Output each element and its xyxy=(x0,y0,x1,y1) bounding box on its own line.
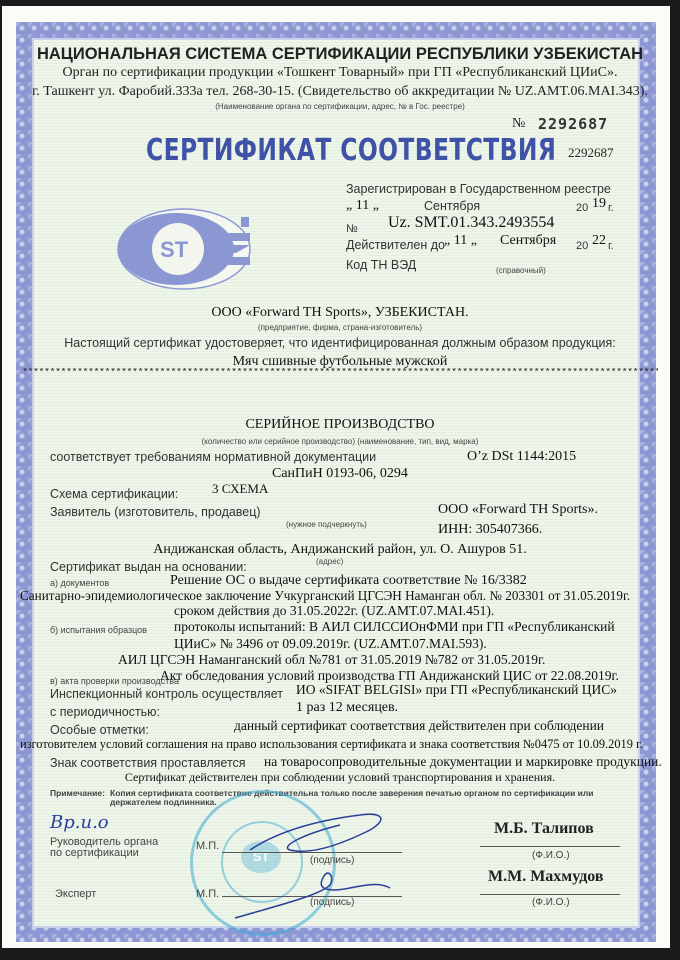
certificate-title: СЕРТИФИКАТ СООТВЕТСТВИЯ xyxy=(146,133,556,168)
registration-year: 19 xyxy=(592,196,606,212)
certification-body-name: Орган по сертификации продукции «Тошкент… xyxy=(0,65,680,81)
special-notes-line2: изготовителем условий соглашения на прав… xyxy=(20,737,643,752)
scheme-label: Схема сертификации: xyxy=(50,487,178,501)
applicant-label: Заявитель (изготовитель, продавец) xyxy=(50,505,261,519)
address-caption: (адрес) xyxy=(316,557,343,566)
applicant-name: ООО «Forward TH Sports». xyxy=(438,502,598,518)
head-signature-icon xyxy=(240,810,400,865)
head-label-line2: по сертификации xyxy=(50,847,139,859)
basis-test-protocols: протоколы испытаний: В АИЛ СИЛССИОнФМИ п… xyxy=(174,619,615,635)
valid-year: 22 xyxy=(592,233,606,249)
acting-note: Вр.и.о xyxy=(50,812,109,833)
applicant-caption: (нужное подчеркнуть) xyxy=(286,520,367,529)
registration-number: Uz. SMT.01.343.2493554 xyxy=(388,214,554,232)
valid-until-label: Действителен до xyxy=(346,238,445,252)
valid-year-prefix: 20 xyxy=(576,240,588,252)
tn-ved-label: Код ТН ВЭД xyxy=(346,258,416,272)
tn-ved-caption: (справочный) xyxy=(496,266,546,275)
valid-month: Сентября xyxy=(500,233,556,249)
valid-year-unit: г. xyxy=(608,240,614,252)
production-type: СЕРИЙНОЕ ПРОИЗВОДСТВО xyxy=(0,417,680,433)
registration-year-unit: г. xyxy=(608,202,614,214)
registration-day: „ 11 „ xyxy=(346,198,379,214)
remark-label: Примечание: xyxy=(50,788,105,798)
transport-condition: Сертификат действителен при соблюдении у… xyxy=(0,770,680,785)
certificate-number: 2292687 xyxy=(538,115,608,133)
certification-body-address: г. Ташкент ул. Фаробий.333а тел. 268-30-… xyxy=(0,84,680,100)
basis-documents-label: а) документов xyxy=(50,578,109,588)
registration-year-prefix: 20 xyxy=(576,202,588,214)
remark-line2: держателем подлинника. xyxy=(110,797,217,807)
registration-month: Сентября xyxy=(424,199,480,213)
header-caption: (Наименование органа по сертификации, ад… xyxy=(0,102,680,111)
scheme-value: 3 СХЕМА xyxy=(212,481,268,497)
periodicity-label: с периодичностью: xyxy=(50,705,160,719)
basis-inspection-label: в) акта проверки производства xyxy=(50,676,179,686)
head-mp-label: М.П. xyxy=(196,840,219,852)
expert-name: М.М. Махмудов xyxy=(488,868,604,886)
compliance-standard: O’z DSt 1144:2015 xyxy=(467,449,576,465)
expert-signature-icon xyxy=(230,860,400,930)
registration-number-label: № xyxy=(346,223,358,235)
head-name-line xyxy=(480,846,620,847)
expert-name-line xyxy=(480,894,620,895)
manufacturer-name: ООО «Forward TH Sports», УЗБЕКИСТАН. xyxy=(0,305,680,321)
registration-label: Зарегистрирован в Государственном реестр… xyxy=(346,182,611,196)
head-fio-caption: (Ф.И.О.) xyxy=(532,850,570,861)
inspection-body: ИО «SIFAT BELGISI» при ГП «Республиканск… xyxy=(296,682,617,698)
basis-sanitary-conclusion: Санитарно-эпидемиологическое заключение … xyxy=(20,588,630,604)
expert-mp-label: М.П. xyxy=(196,888,219,900)
compliance-label: соответствует требованиям нормативной до… xyxy=(50,450,376,464)
product-divider: ****************************************… xyxy=(22,368,658,379)
inspection-label: Инспекционный контроль осуществляет xyxy=(50,687,283,701)
special-notes-line1: данный сертификат соответствия действите… xyxy=(234,718,604,734)
manufacturer-caption: (предприятие, фирма, страна-изготовитель… xyxy=(0,323,680,332)
conformity-mark-value: на товаросопроводительные документации и… xyxy=(264,754,662,770)
conformity-mark-label: Знак соответствия проставляется xyxy=(50,756,246,770)
periodicity-value: 1 раз 12 месяцев. xyxy=(296,700,398,716)
compliance-sanpin: СанПиН 0193-06, 0294 xyxy=(272,466,408,482)
basis-decision: Решение ОС о выдаче сертификата соответс… xyxy=(170,573,527,589)
expert-fio-caption: (Ф.И.О.) xyxy=(532,897,570,908)
st-logo-icon: ST xyxy=(116,207,256,291)
number-prefix: № xyxy=(512,116,525,132)
basis-label: Сертификат выдан на основании: xyxy=(50,560,247,574)
production-caption: (количество или серийное производство) (… xyxy=(0,437,680,446)
svg-text:ST: ST xyxy=(160,237,189,262)
basis-validity: сроком действия до 31.05.2022г. (UZ.AMT.… xyxy=(174,603,494,619)
applicant-address: Андижанская область, Андижанский район, … xyxy=(0,542,680,558)
basis-lab-protocols: АИЛ ЦГСЭН Наманганский обл №781 от 31.05… xyxy=(118,652,545,668)
basis-test-protocols-cont: ЦИиС» № 3496 от 09.09.2019г. (UZ.AMT.07.… xyxy=(174,636,487,652)
basis-tests-label: б) испытания образцов xyxy=(50,625,147,635)
expert-label: Эксперт xyxy=(55,888,96,900)
applicant-inn: ИНН: 305407366. xyxy=(438,522,542,538)
valid-day: „ 11 „ xyxy=(444,233,477,249)
certificate-number-secondary: 2292687 xyxy=(568,145,614,161)
special-notes-label: Особые отметки: xyxy=(50,723,149,737)
head-name: М.Б. Талипов xyxy=(494,820,594,838)
system-title: НАЦИОНАЛЬНАЯ СИСТЕМА СЕРТИФИКАЦИИ РЕСПУБ… xyxy=(0,45,680,64)
certificate-statement: Настоящий сертификат удостоверяет, что и… xyxy=(0,336,680,350)
